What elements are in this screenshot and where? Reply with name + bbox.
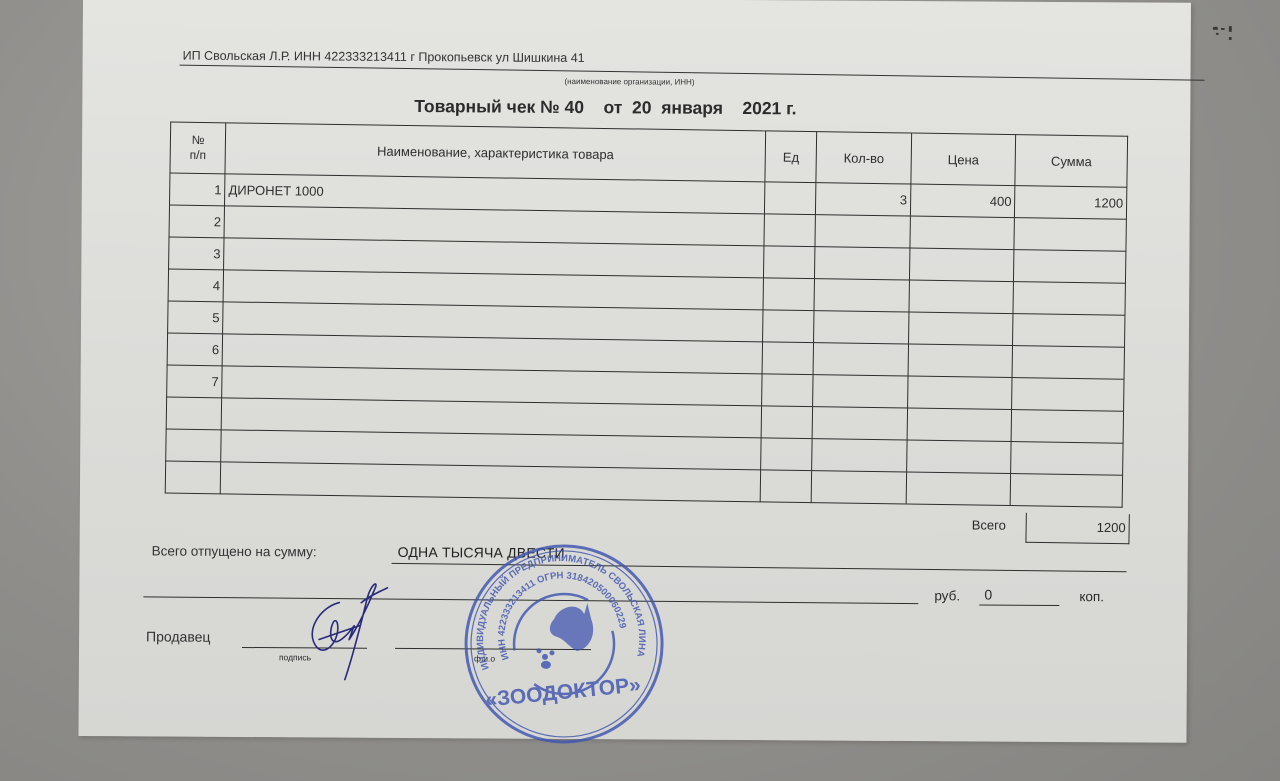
cell-price <box>906 440 1011 474</box>
cell-price <box>908 344 1013 378</box>
cell-sum <box>1013 282 1125 316</box>
cell-qty <box>812 439 907 472</box>
cell-unit <box>760 470 812 503</box>
cell-sum <box>1014 250 1126 284</box>
rub-label: руб. <box>934 588 960 603</box>
cell-qty <box>814 279 909 312</box>
cell-qty <box>813 343 908 376</box>
cell-num: 1 <box>169 173 225 206</box>
seller-label: Продавец <box>146 628 210 644</box>
cell-qty <box>815 247 910 280</box>
cell-unit <box>763 278 815 311</box>
kop-label: коп. <box>1079 589 1104 604</box>
total-label: Всего <box>972 517 1006 532</box>
cell-qty: 3 <box>816 183 911 216</box>
header-num: №п/п <box>170 122 226 174</box>
cell-price <box>906 472 1011 506</box>
sum-label: Всего отпущено на сумму: <box>152 543 317 559</box>
cell-num: 3 <box>169 237 225 270</box>
header-name: Наименование, характеристика товара <box>225 123 766 182</box>
kop-value: 0 <box>984 587 992 603</box>
header-price: Цена <box>911 133 1016 186</box>
header-qty: Кол-во <box>816 132 911 184</box>
cell-sum: 1200 <box>1015 186 1127 220</box>
cell-unit <box>761 406 813 439</box>
cell-price <box>907 376 1012 410</box>
cell-unit <box>761 438 813 471</box>
cell-unit <box>763 310 815 343</box>
cell-num: 2 <box>169 205 225 238</box>
cell-sum <box>1012 378 1124 412</box>
cell-num <box>166 397 222 430</box>
cell-price <box>909 280 1014 314</box>
cell-unit <box>762 374 814 407</box>
handwritten-signature <box>279 577 420 688</box>
paper-corner-marks <box>1213 25 1243 45</box>
items-table: №п/п Наименование, характеристика товара… <box>165 122 1128 508</box>
cell-price: 400 <box>910 184 1015 218</box>
cell-price <box>907 408 1012 442</box>
company-stamp: ИНДИВИДУАЛЬНЫЙ ПРЕДПРИНИМАТЕЛЬ СВОЛЬСКАЯ… <box>458 538 669 749</box>
cell-qty <box>813 375 908 408</box>
cell-qty <box>812 471 907 504</box>
cell-unit <box>764 246 816 279</box>
cell-sum <box>1011 474 1123 508</box>
cell-name <box>220 462 760 502</box>
kop-underline <box>979 604 1059 605</box>
header-sum: Сумма <box>1015 135 1127 188</box>
cell-qty <box>812 407 907 440</box>
total-value: 1200 <box>1025 513 1129 545</box>
cell-sum <box>1013 314 1125 348</box>
cell-num: 6 <box>167 333 223 366</box>
organization-line: ИП Свольская Л.Р. ИНН 422333213411 г Про… <box>183 49 585 65</box>
cell-unit <box>762 342 814 375</box>
cell-price <box>908 312 1013 346</box>
receipt-paper: ИП Свольская Л.Р. ИНН 422333213411 г Про… <box>78 0 1190 743</box>
cell-num: 4 <box>168 269 224 302</box>
cell-sum <box>1014 218 1126 252</box>
cell-unit <box>765 182 817 215</box>
cell-price <box>910 216 1015 250</box>
cell-sum <box>1011 442 1123 476</box>
cell-qty <box>815 215 910 248</box>
svg-text:«ЗООДОКТОР»: «ЗООДОКТОР» <box>484 673 641 711</box>
cell-num <box>165 461 221 494</box>
organization-caption: (наименование организации, ИНН) <box>564 77 694 87</box>
cell-sum <box>1011 410 1123 444</box>
cell-num: 5 <box>168 301 224 334</box>
header-unit: Ед <box>765 131 817 183</box>
cell-price <box>909 248 1014 282</box>
cell-num: 7 <box>167 365 223 398</box>
cell-num <box>166 429 222 462</box>
receipt-title: Товарный чек № 40 от 20 января 2021 г. <box>414 96 796 119</box>
cell-sum <box>1012 346 1124 380</box>
cell-unit <box>764 214 816 247</box>
cell-qty <box>814 311 909 344</box>
